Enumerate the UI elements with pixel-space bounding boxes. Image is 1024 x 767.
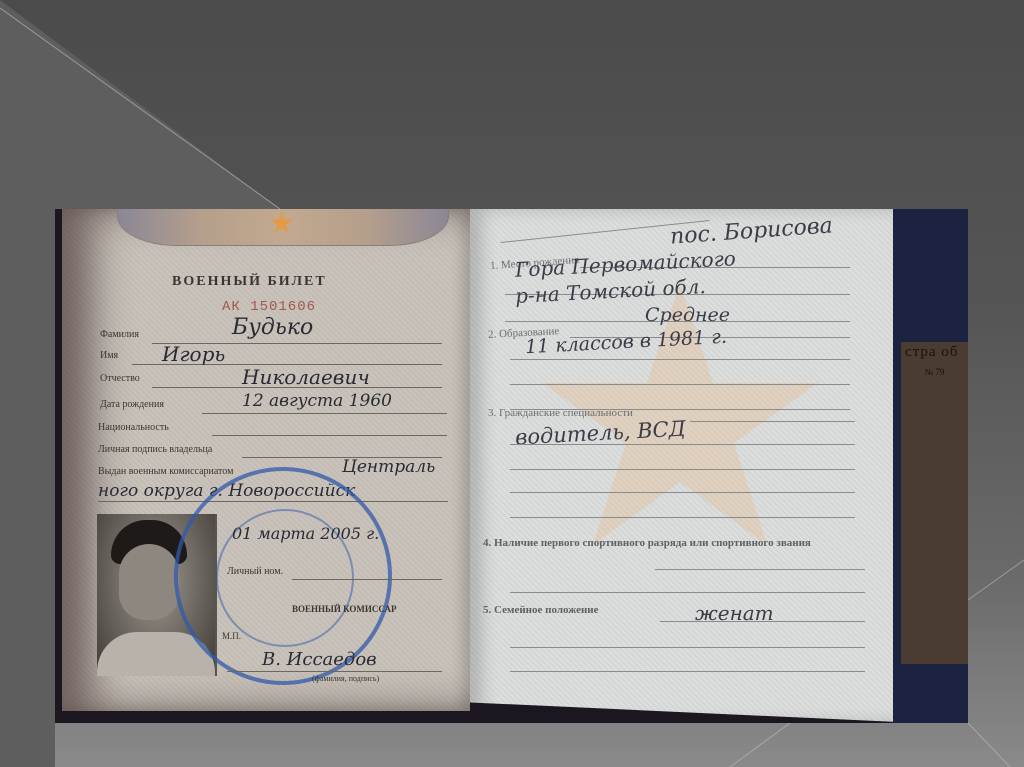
commissar-label: ВОЕННЫЙ КОМИССАР (292, 604, 396, 614)
field-label-nationality: Национальность (98, 422, 169, 433)
side-document-fragment: стра об № 79 (901, 342, 968, 664)
field-value-issued-by: Централь (342, 457, 435, 477)
item-4-label: 4. Наличие первого спортивного разряда и… (483, 531, 863, 555)
document-title: ВОЕННЫЙ БИЛЕТ (172, 274, 327, 290)
mp-label: М.П. (222, 631, 241, 641)
field-label-patronymic: Отчество (100, 373, 140, 384)
field-label-issued-by: Выдан военным комиссариатом (98, 466, 233, 477)
personal-number-label: Личный ном. (227, 566, 283, 577)
ornament-header: ★ (117, 209, 449, 246)
field-value-name: Игорь (162, 342, 225, 366)
field-value-surname: Будько (232, 315, 313, 340)
right-page: 1. Место рождения пос. Борисова Гора Пер… (470, 209, 920, 723)
field-label-surname: Фамилия (100, 329, 139, 340)
star-icon: ★ (268, 209, 295, 239)
item-3-label: 3. Гражданские специальности (488, 407, 633, 419)
field-value-birthdate: 12 августа 1960 (242, 391, 392, 411)
commissar-name: В. Иссаедов (262, 649, 377, 670)
military-id-photo: ★ ВОЕННЫЙ БИЛЕТ АК 1501606 Фамилия Будьк… (55, 209, 968, 723)
serial-number: АК 1501606 (222, 299, 316, 315)
item-2-line-1: Среднее (645, 304, 730, 326)
side-doc-number: № 79 (905, 366, 964, 378)
field-label-birthdate: Дата рождения (100, 399, 164, 410)
item-5-line-1: женат (695, 601, 774, 625)
field-label-signature: Личная подпись владельца (98, 444, 212, 455)
field-value-patronymic: Николаевич (242, 365, 370, 389)
item-1-line-1: пос. Борисова (669, 213, 833, 249)
item-5-label: 5. Семейное положение (483, 604, 599, 616)
signature-hint: (фамилия, подпись) (312, 674, 379, 683)
field-label-name: Имя (100, 350, 118, 361)
side-doc-title: стра об (905, 346, 964, 358)
left-page: ★ ВОЕННЫЙ БИЛЕТ АК 1501606 Фамилия Будьк… (62, 209, 470, 711)
issue-date: 01 марта 2005 г. (232, 524, 379, 543)
